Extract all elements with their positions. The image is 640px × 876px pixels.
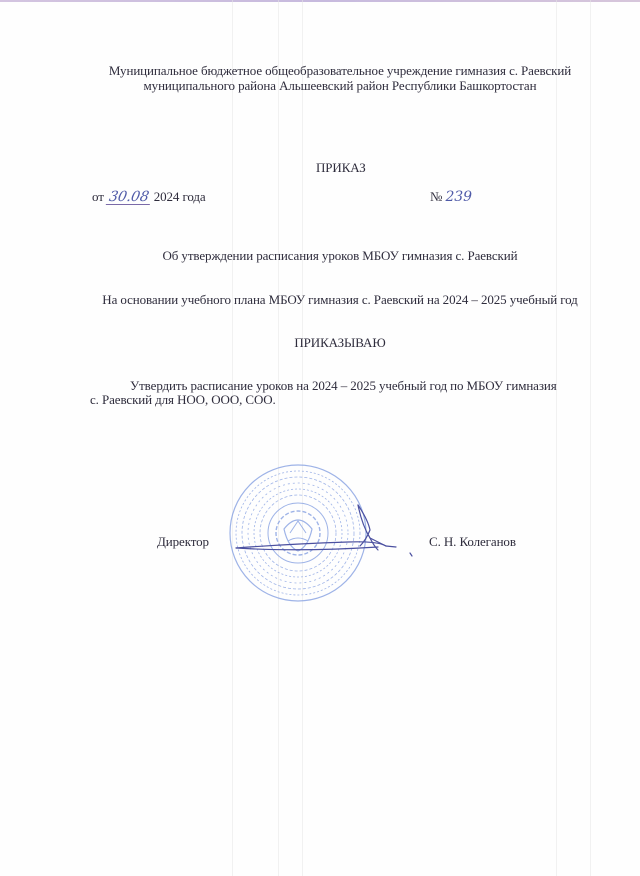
handwritten-signature-icon [228,500,428,565]
order-basis: На основании учебного плана МБОУ гимнази… [40,292,640,307]
document-title: ПРИКАЗ [316,160,366,175]
scan-line-artifact [232,0,233,876]
order-body-line1: Утвердить расписание уроков на 2024 – 20… [130,378,557,393]
signer-name: С. Н. Колеганов [429,534,516,549]
date-prefix: от [92,189,104,204]
organization-header: Муниципальное бюджетное общеобразователь… [60,63,620,93]
scan-line-artifact [278,0,279,876]
scan-line-artifact [556,0,557,876]
scanned-document-page: Муниципальное бюджетное общеобразователь… [0,0,640,876]
order-number: № 239 [430,189,472,205]
scan-line-artifact [590,0,591,876]
signer-position: Директор [157,534,209,549]
order-subject: Об утверждении расписания уроков МБОУ ги… [60,248,620,263]
organization-header-line1: Муниципальное бюджетное общеобразователь… [60,63,620,78]
organization-header-line2: муниципального района Альшеевский район … [60,78,620,93]
scan-edge-artifact [0,0,640,2]
order-directive-heading: ПРИКАЗЫВАЮ [60,335,620,350]
order-body-line2: с. Раевский для НОО, ООО, СОО. [90,392,276,407]
scan-line-artifact [302,0,303,876]
date-suffix: 2024 года [154,189,206,204]
number-handwritten: 239 [445,189,471,205]
order-date: от 30.08 2024 года [92,189,206,205]
number-prefix: № [430,189,442,204]
date-handwritten: 30.08 [106,191,152,205]
